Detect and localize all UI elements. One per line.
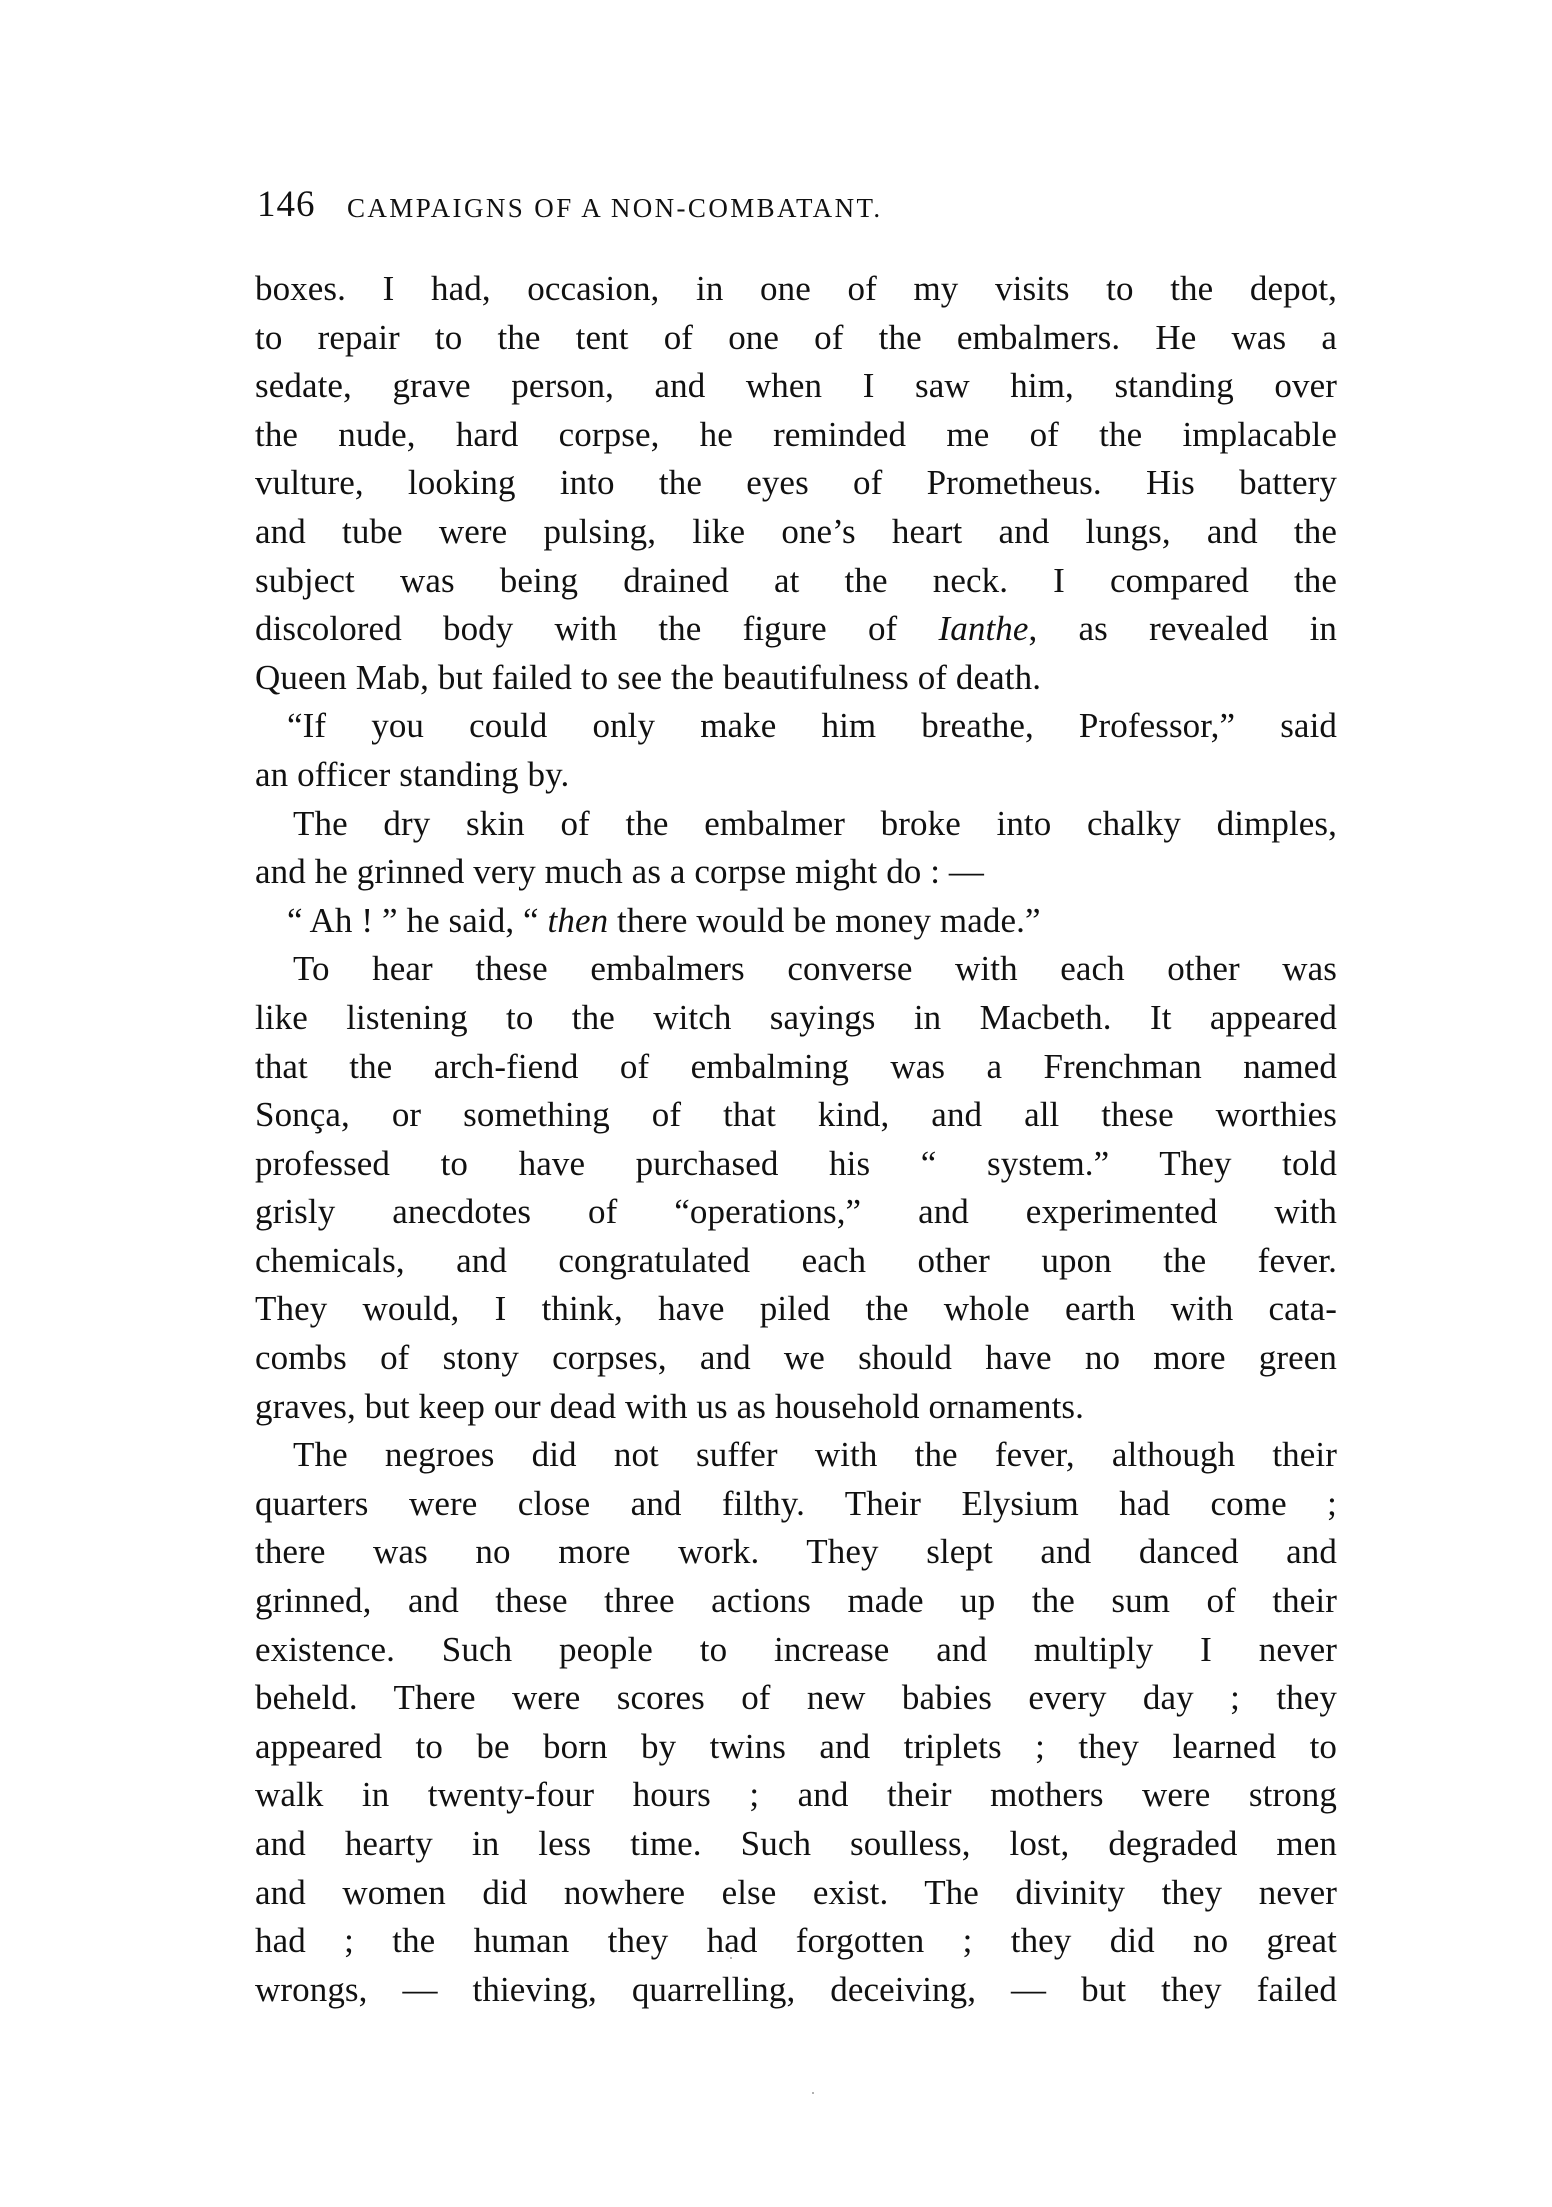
text-line: like listening to the witch sayings in M… (255, 994, 1337, 1043)
text-line: discolored body with the figure of Ianth… (255, 605, 1337, 654)
text-line: there was no more work. They slept and d… (255, 1528, 1337, 1577)
text-line-paragraph-start: “ Ah ! ” he said, “ then there would be … (255, 897, 1337, 946)
text-line-paragraph-start: “If you could only make him breathe, Pro… (255, 702, 1337, 751)
text-line: graves, but keep our dead with us as hou… (255, 1383, 1337, 1432)
text-line-paragraph-start: The negroes did not suffer with the feve… (255, 1431, 1337, 1480)
text-span: “ Ah ! ” he said, “ (287, 901, 548, 940)
text-line-paragraph-start: The dry skin of the embalmer broke into … (255, 800, 1337, 849)
text-line: chemicals, and congratulated each other … (255, 1237, 1337, 1286)
text-line: combs of stony corpses, and we should ha… (255, 1334, 1337, 1383)
text-line: appeared to be born by twins and triplet… (255, 1723, 1337, 1772)
text-line: Sonça, or something of that kind, and al… (255, 1091, 1337, 1140)
text-line: to repair to the tent of one of the emba… (255, 314, 1337, 363)
text-line: and he grinned very much as a corpse mig… (255, 848, 1337, 897)
text-line: grisly anecdotes of “operations,” and ex… (255, 1188, 1337, 1237)
text-line: sedate, grave person, and when I saw him… (255, 362, 1337, 411)
page-number: 146 (257, 180, 316, 230)
text-line: that the arch-fiend of embalming was a F… (255, 1043, 1337, 1092)
text-span: there would be money made.” (608, 901, 1040, 940)
italic-word-then: then (548, 901, 609, 940)
text-line: boxes. I had, occasion, in one of my vis… (255, 265, 1337, 314)
text-line: existence. Such people to increase and m… (255, 1626, 1337, 1675)
text-line: They would, I think, have piled the whol… (255, 1285, 1337, 1334)
running-title: CAMPAIGNS OF A NON-COMBATANT. (347, 183, 883, 233)
text-line: quarters were close and filthy. Their El… (255, 1480, 1337, 1529)
text-line: subject was being drained at the neck. I… (255, 557, 1337, 606)
running-head: 146 CAMPAIGNS OF A NON-COMBATANT. (255, 180, 1337, 230)
text-line: had ; the human they had forgotten ; the… (255, 1917, 1337, 1966)
text-line: and tube were pulsing, like one’s heart … (255, 508, 1337, 557)
text-line: the nude, hard corpse, he reminded me of… (255, 411, 1337, 460)
text-line-paragraph-start: To hear these embalmers converse with ea… (255, 945, 1337, 994)
text-span: , as revealed in (1029, 609, 1338, 648)
text-line: professed to have purchased his “ system… (255, 1140, 1337, 1189)
text-line: walk in twenty-four hours ; and their mo… (255, 1771, 1337, 1820)
text-line: grinned, and these three actions made up… (255, 1577, 1337, 1626)
body-text: boxes. I had, occasion, in one of my vis… (255, 265, 1337, 2014)
text-line: beheld. There were scores of new babies … (255, 1674, 1337, 1723)
text-line: Queen Mab, but failed to see the beautif… (255, 654, 1337, 703)
text-line: wrongs, — thieving, quarrelling, deceivi… (255, 1966, 1337, 2015)
print-speck (730, 1957, 732, 1959)
text-line: an officer standing by. (255, 751, 1337, 800)
text-line: vulture, looking into the eyes of Promet… (255, 459, 1337, 508)
text-line: and women did nowhere else exist. The di… (255, 1869, 1337, 1918)
text-span: discolored body with the figure of (255, 609, 938, 648)
text-line: and hearty in less time. Such soulless, … (255, 1820, 1337, 1869)
italic-name-ianthe: Ianthe (938, 609, 1028, 648)
print-speck (812, 2092, 814, 2094)
